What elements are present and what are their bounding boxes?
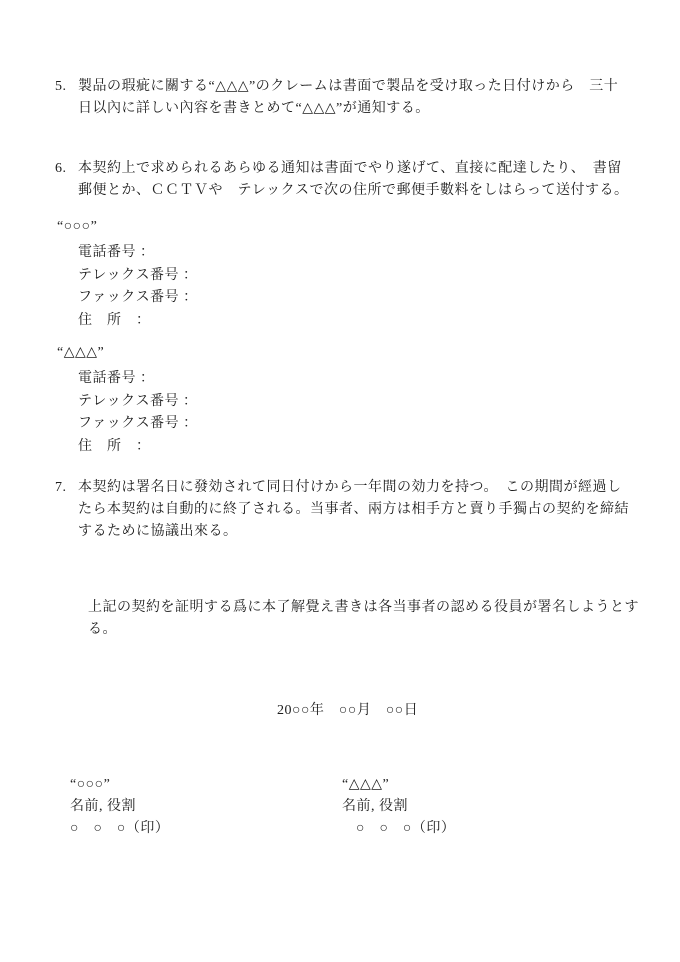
contact-party-name: “△△△”: [57, 342, 198, 364]
contact-field-phone: 電話番号 ：: [78, 368, 198, 391]
signature-party-name: “○○○”: [70, 774, 169, 796]
signature-seal-line: ○ ○ ○（印）: [342, 818, 455, 840]
contact-field-list: 電話番号 ： テレックス番号 ： ファックス番号 ： 住 所 ：: [57, 242, 198, 332]
clause-7-number: 7.: [55, 477, 78, 543]
clause-5: 5. 製品の瑕疵に關する“△△△”のクレームは書面で製品を受け取った日付けから …: [55, 76, 630, 120]
signature-name-role: 名前, 役割: [70, 796, 169, 818]
clause-6-text: 本契約上で求められるあらゆる通知は書面でやり遂げて、直接に配達したり、 書留郵便…: [78, 158, 630, 202]
contact-field-telex: テレックス番号 ：: [78, 391, 198, 414]
date-line: 20○○年 ○○月 ○○日: [277, 700, 418, 722]
contact-field-address: 住 所 ：: [78, 436, 198, 459]
clause-6: 6. 本契約上で求められるあらゆる通知は書面でやり遂げて、直接に配達したり、 書…: [55, 158, 630, 202]
contact-party-name: “○○○”: [57, 216, 198, 238]
contact-field-telex: テレックス番号 ：: [78, 265, 198, 288]
contact-field-list: 電話番号 ： テレックス番号 ： ファックス番号 ： 住 所 ：: [57, 368, 198, 458]
contract-document-page: 5. 製品の瑕疵に關する“△△△”のクレームは書面で製品を受け取った日付けから …: [0, 0, 680, 962]
clause-6-number: 6.: [55, 158, 78, 202]
contact-field-phone: 電話番号 ：: [78, 242, 198, 265]
contact-field-address: 住 所 ：: [78, 310, 198, 333]
contact-block-party-circle: “○○○” 電話番号 ： テレックス番号 ： ファックス番号 ： 住 所 ：: [57, 216, 198, 332]
signature-party-name: “△△△”: [342, 774, 455, 796]
closing-statement: 上記の契約を証明する爲に本了解覺え書きは各当事者の認める役員が署名しようとする。: [88, 597, 648, 641]
contact-field-fax: ファックス番号 ：: [78, 413, 198, 436]
clause-7: 7. 本契約は署名日に發効されて同日付けから一年間の効力を持つ。 この期間が經過…: [55, 477, 635, 543]
clause-7-text: 本契約は署名日に發効されて同日付けから一年間の効力を持つ。 この期間が經過したら…: [78, 477, 635, 543]
contact-block-party-triangle: “△△△” 電話番号 ： テレックス番号 ： ファックス番号 ： 住 所 ：: [57, 342, 198, 458]
clause-5-text: 製品の瑕疵に關する“△△△”のクレームは書面で製品を受け取った日付けから 三十日…: [78, 76, 630, 120]
signature-block-party-triangle: “△△△” 名前, 役割 ○ ○ ○（印）: [342, 774, 455, 840]
clause-5-number: 5.: [55, 76, 78, 120]
signature-seal-line: ○ ○ ○（印）: [70, 818, 169, 840]
signature-block-party-circle: “○○○” 名前, 役割 ○ ○ ○（印）: [70, 774, 169, 840]
contact-field-fax: ファックス番号 ：: [78, 287, 198, 310]
signature-name-role: 名前, 役割: [342, 796, 455, 818]
